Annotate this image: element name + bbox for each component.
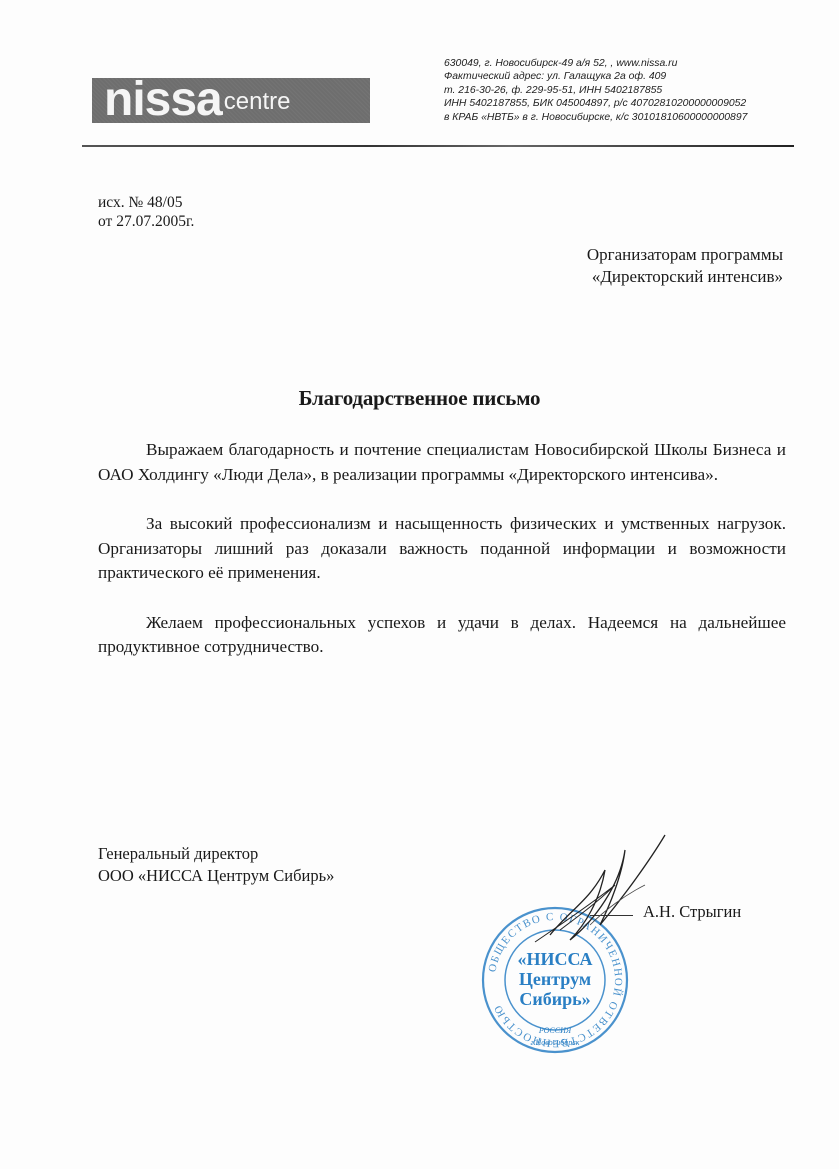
addressee-line-1: Организаторам программы — [587, 244, 783, 266]
signatory-block: Генеральный директор ООО «НИССА Центрум … — [98, 843, 334, 887]
signatory-company: ООО «НИССА Центрум Сибирь» — [98, 865, 334, 887]
logo-sub-text: centre — [224, 88, 291, 123]
paragraph: Выражаем благодарность и почтение специа… — [98, 438, 786, 487]
reference-date: от 27.07.2005г. — [98, 212, 194, 231]
outgoing-reference: исх. № 48/05 от 27.07.2005г. — [98, 193, 194, 231]
header-divider — [82, 145, 794, 147]
contact-line: т. 216-30-26, ф. 229-95-51, ИНН 54021878… — [444, 84, 784, 97]
paragraph: За высокий профессионализм и насыщенност… — [98, 512, 786, 586]
contact-line: в КРАБ «НВТБ» в г. Новосибирске, к/с 301… — [444, 111, 784, 124]
company-logo: nissa centre — [92, 78, 370, 123]
stamp-line-2: Центрум — [519, 969, 591, 989]
contact-line: Фактический адрес: ул. Галащука 2а оф. 4… — [444, 70, 784, 83]
signatory-position: Генеральный директор — [98, 843, 334, 865]
addressee-line-2: «Директорский интенсив» — [587, 266, 783, 288]
letter-body: Выражаем благодарность и почтение специа… — [98, 438, 786, 685]
stamp-city: г.Новосибирск — [530, 1038, 579, 1047]
handwritten-signature — [530, 830, 680, 950]
letterhead-contacts: 630049, г. Новосибирск-49 а/я 52, , www.… — [444, 57, 784, 124]
contact-line: ИНН 5402187855, БИК 045004897, р/с 40702… — [444, 97, 784, 110]
stamp-line-3: Сибирь» — [519, 989, 590, 1009]
logo-main-text: nissa — [104, 80, 222, 123]
paragraph: Желаем профессиональных успехов и удачи … — [98, 611, 786, 660]
reference-number: исх. № 48/05 — [98, 193, 194, 212]
contact-line: 630049, г. Новосибирск-49 а/я 52, , www.… — [444, 57, 784, 70]
stamp-country: РОССИЯ — [538, 1026, 572, 1035]
letter-title: Благодарственное письмо — [0, 386, 839, 411]
stamp-line-1: «НИССА — [517, 949, 592, 969]
addressee: Организаторам программы «Директорский ин… — [587, 244, 783, 288]
